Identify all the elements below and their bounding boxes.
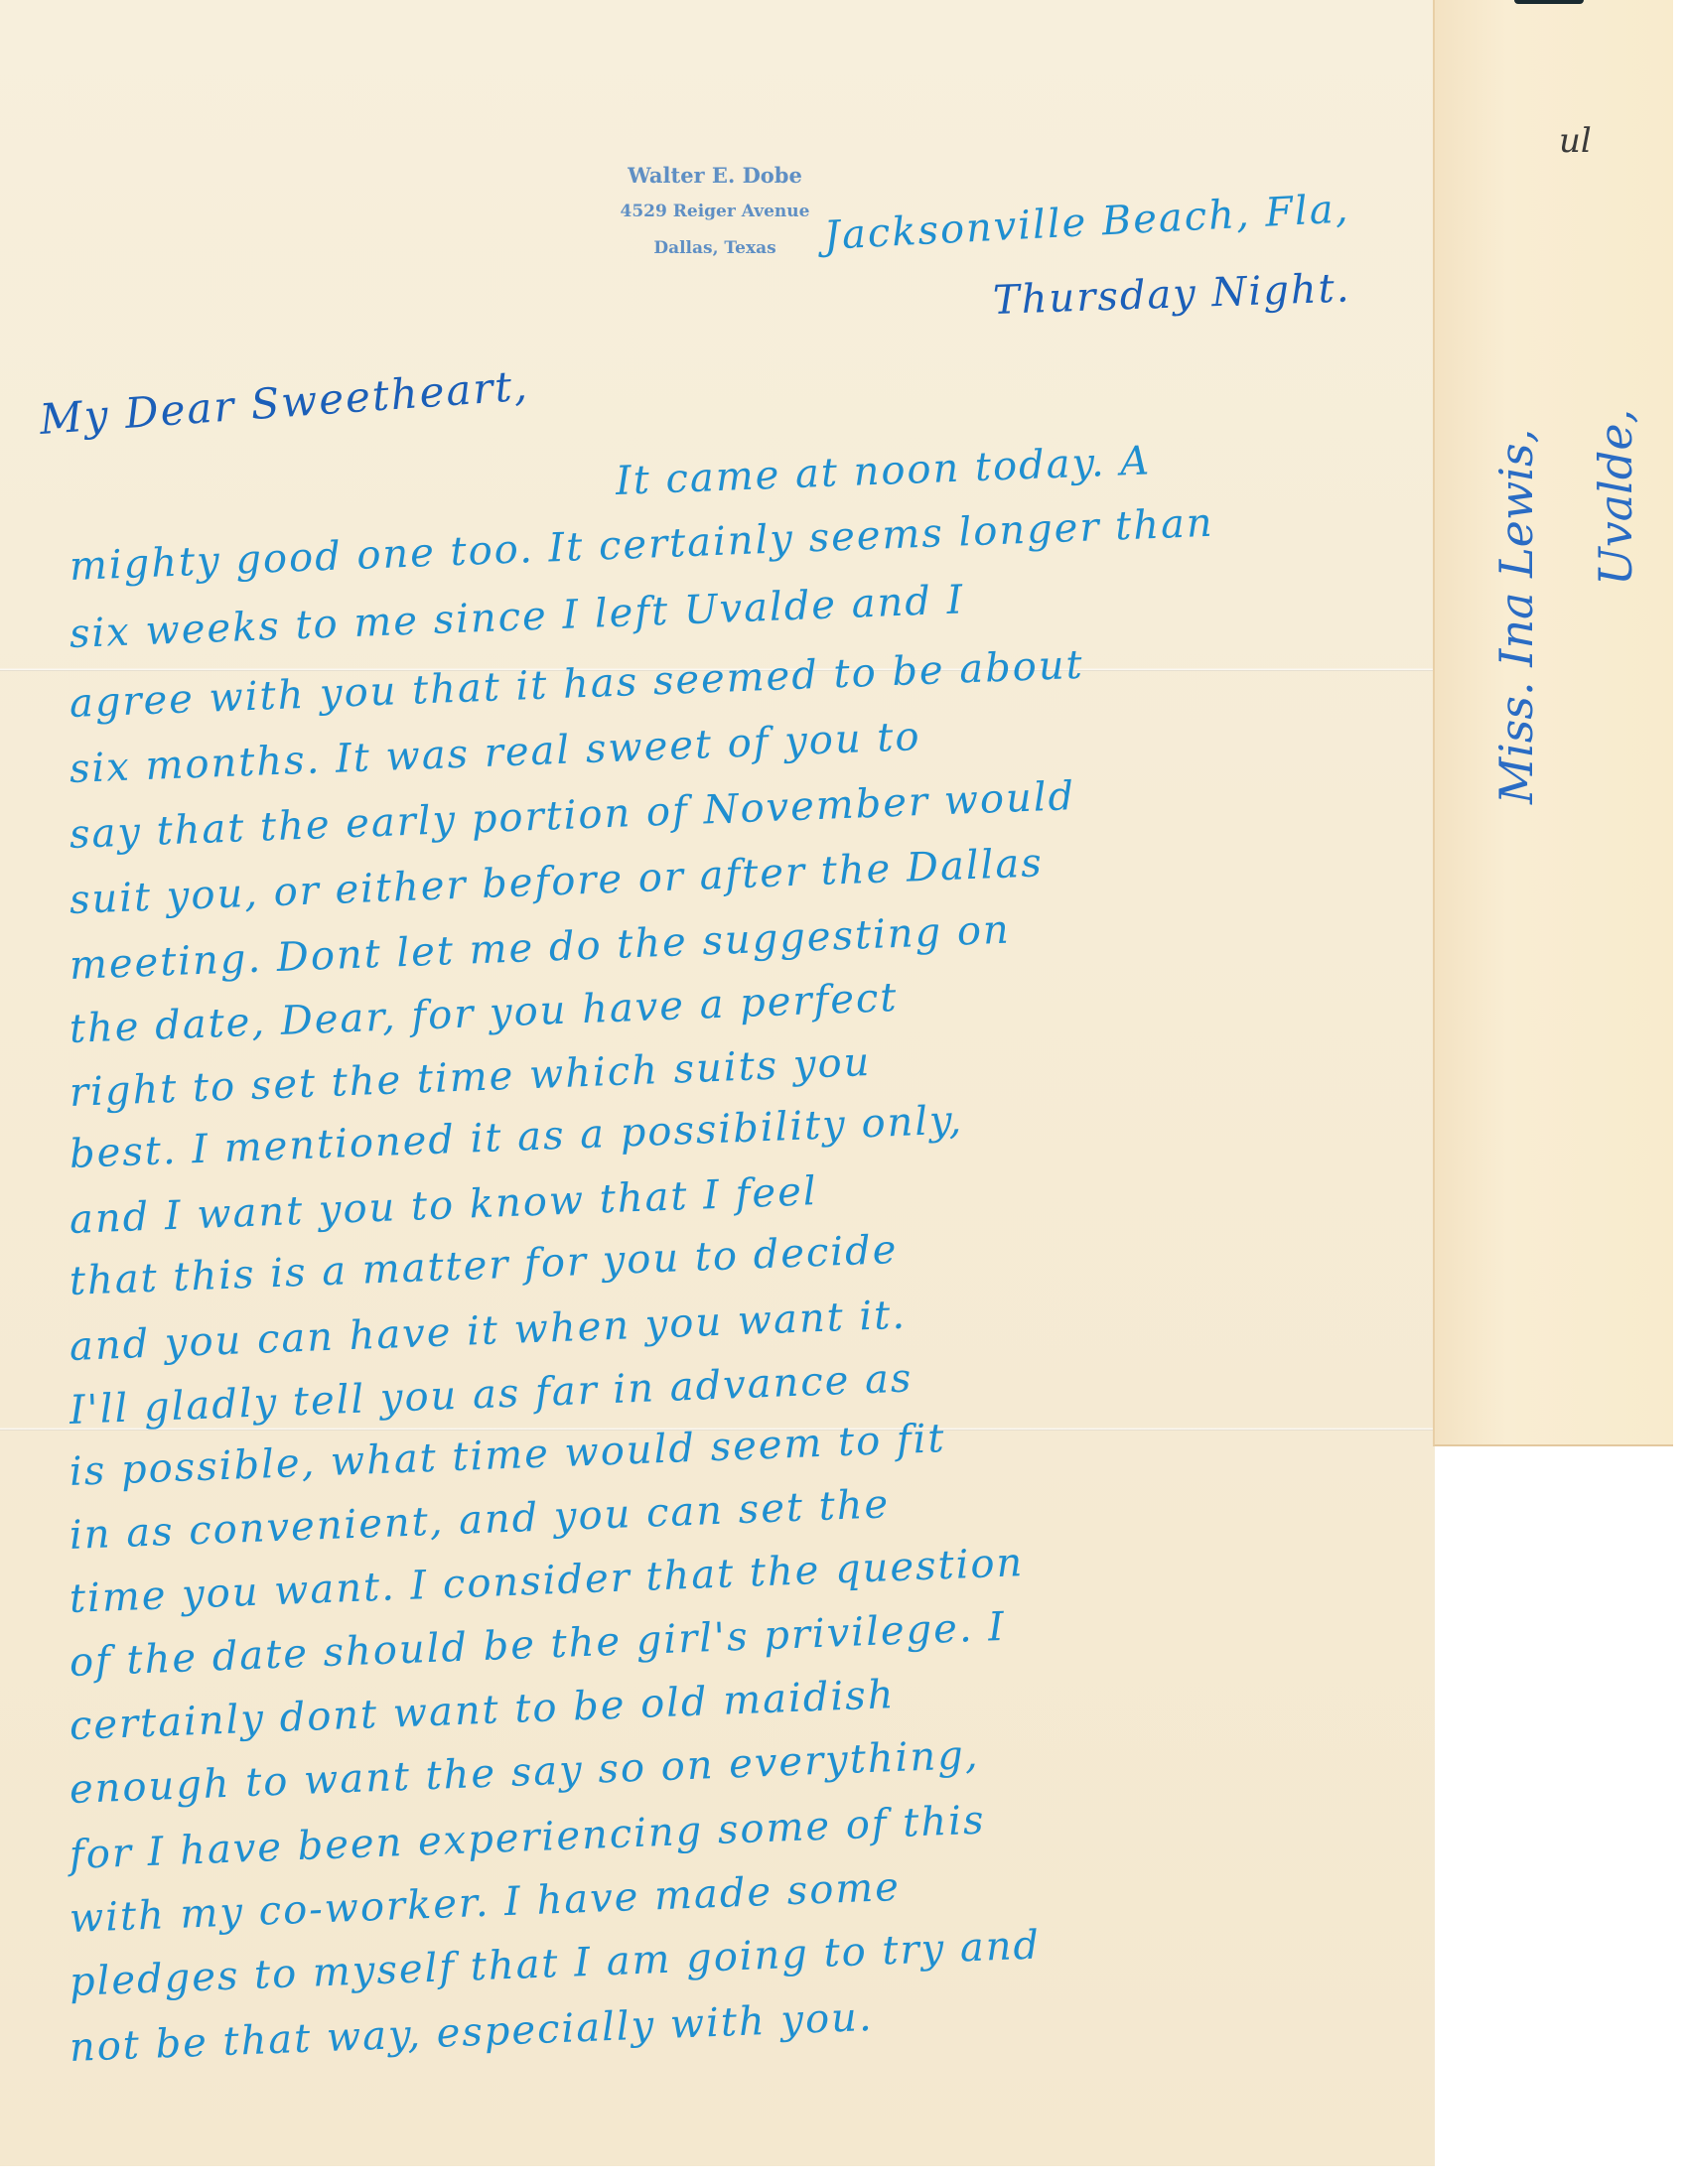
letterhead: Walter E. Dobe 4529 Reiger Avenue Dallas… xyxy=(586,157,844,267)
envelope-city: Uvalde, xyxy=(1589,409,1642,586)
envelope-strip xyxy=(1433,0,1673,1446)
letterhead-name: Walter E. Dobe xyxy=(586,157,844,194)
envelope-edge-mark xyxy=(1514,0,1584,4)
letterhead-city: Dallas, Texas xyxy=(586,230,844,267)
envelope-recipient: Miss. Ina Lewis, xyxy=(1489,429,1543,804)
letterhead-street: 4529 Reiger Avenue xyxy=(586,194,844,230)
envelope-pencil-mark: ul xyxy=(1559,121,1592,161)
